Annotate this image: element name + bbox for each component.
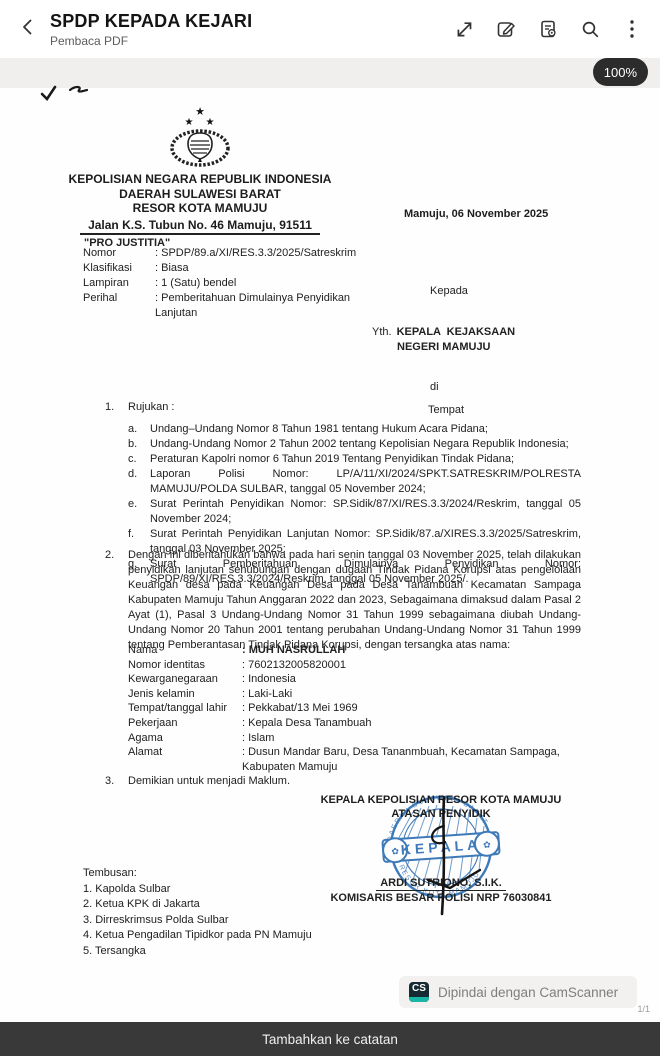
overflow-menu-button[interactable] — [614, 11, 650, 47]
suspect-row: Agama: Islam — [128, 731, 580, 746]
add-to-notes-label: Tambahkan ke catatan — [262, 1032, 398, 1047]
suspect-label: Nama — [128, 643, 242, 658]
more-vertical-icon — [629, 19, 635, 39]
signatory-rank: KOMISARIS BESAR POLISI NRP 76030841 — [318, 892, 564, 904]
paragraph3-section: 3. Demikian untuk menjadi Maklum. — [105, 774, 581, 789]
addressee-name1: KEPALA KEJAKSAAN — [397, 325, 516, 340]
rujukan-item: d.Laporan Polisi Nomor: LP/A/11/XI/2024/… — [128, 467, 581, 497]
app-title: SPDP KEPADA KEJARI — [50, 11, 252, 32]
item-text: Surat Perintah Penyidikan Nomor: SP.Sidi… — [150, 497, 581, 527]
add-to-notes-bar[interactable]: Tambahkan ke catatan — [0, 1022, 660, 1056]
suspect-value: : Pekkabat/13 Mei 1969 — [242, 701, 580, 716]
suspect-label: Nomor identitas — [128, 658, 242, 673]
signatory-title-line2: ATASAN PENYIDIK — [318, 808, 564, 822]
item-letter: a. — [128, 422, 150, 437]
letterhead-address: Jalan K.S. Tubun No. 46 Mamuju, 91511 — [80, 218, 320, 235]
paragraph3-text: Demikian untuk menjadi Maklum. — [128, 774, 290, 789]
item-text: Undang–Undang Nomor 8 Tahun 1981 tentang… — [150, 422, 581, 437]
meta-value: : 1 (Satu) bendel — [155, 276, 383, 291]
svg-text:✿: ✿ — [483, 840, 492, 851]
suspect-row: Kewarganegaraan: Indonesia — [128, 672, 580, 687]
page-indicator: 1/1 — [637, 1004, 650, 1014]
letterhead: ★ ★ ★ ▲ KEPOLISIAN NEGARA REPUBLIK INDON… — [40, 104, 360, 249]
suspect-value: : Dusun Mandar Baru, Desa Tananmbuah, Ke… — [242, 745, 580, 774]
suspect-row: Alamat: Dusun Mandar Baru, Desa Tananmbu… — [128, 745, 580, 774]
item-text: Laporan Polisi Nomor: LP/A/11/XI/2024/SP… — [150, 467, 581, 497]
meta-row-klasifikasi: Klasifikasi : Biasa — [83, 261, 383, 276]
meta-label: Perihal — [83, 291, 155, 321]
meta-row-nomor: Nomor : SPDP/89.a/XI/RES.3.3/2025/Satres… — [83, 246, 383, 261]
app-subtitle: Pembaca PDF — [50, 34, 252, 48]
rujukan-title: Rujukan : — [128, 400, 174, 415]
meta-label: Nomor — [83, 246, 155, 261]
app-bar: SPDP KEPADA KEJARI Pembaca PDF — [0, 0, 660, 58]
signatory-name: ARDI SUTRIONO, S.I.K. — [376, 877, 506, 891]
suspect-value: : Laki-Laki — [242, 687, 580, 702]
meta-value: : Biasa — [155, 261, 383, 276]
letterhead-line3: RESOR KOTA MAMUJU — [40, 201, 360, 216]
suspect-value: : MUH NASRULLAH — [242, 643, 580, 658]
rujukan-item: e.Surat Perintah Penyidikan Nomor: SP.Si… — [128, 497, 581, 527]
suspect-value: : Indonesia — [242, 672, 580, 687]
item-letter: e. — [128, 497, 150, 527]
paragraph3-number: 3. — [105, 774, 128, 789]
addressee-line1: Yth. KEPALA KEJAKSAAN — [372, 325, 602, 340]
kepada-label: Kepada — [430, 284, 602, 299]
meta-label: Lampiran — [83, 276, 155, 291]
document-page[interactable]: ★ ★ ★ ▲ KEPOLISIAN NEGARA REPUBLIK INDON… — [0, 88, 660, 1022]
zoom-level-badge[interactable]: 100% — [593, 58, 648, 86]
rujukan-item: c.Peraturan Kapolri nomor 6 Tahun 2019 T… — [128, 452, 581, 467]
suspect-label: Agama — [128, 731, 242, 746]
suspect-label: Kewarganegaraan — [128, 672, 242, 687]
tembusan-item: 1. Kapolda Sulbar — [83, 882, 312, 898]
meta-row-perihal: Perihal : Pemberitahuan Dimulainya Penyi… — [83, 291, 351, 321]
paragraph2-text: Dengan ini diberitahukan bahwa pada hari… — [128, 548, 581, 653]
item-text: Peraturan Kapolri nomor 6 Tahun 2019 Ten… — [150, 452, 581, 467]
suspect-label: Tempat/tanggal lahir — [128, 701, 242, 716]
item-text: Undang-Undang Nomor 2 Tahun 2002 tentang… — [150, 437, 581, 452]
search-magnifier-icon — [581, 20, 600, 39]
item-letter: c. — [128, 452, 150, 467]
rujukan-heading: 1. Rujukan : — [105, 400, 581, 415]
suspect-row: Tempat/tanggal lahir: Pekkabat/13 Mei 19… — [128, 701, 580, 716]
rujukan-number: 1. — [105, 400, 128, 415]
letterhead-line2: DAERAH SULAWESI BARAT — [40, 187, 360, 202]
meta-value: : Pemberitahuan Dimulainya Penyidikan La… — [155, 291, 351, 321]
app-titles: SPDP KEPADA KEJARI Pembaca PDF — [50, 11, 252, 48]
suspect-label: Pekerjaan — [128, 716, 242, 731]
expand-diagonal-icon — [455, 20, 474, 39]
letterhead-line1: KEPOLISIAN NEGARA REPUBLIK INDONESIA — [40, 172, 360, 187]
police-emblem: ★ ★ ★ ▲ — [158, 104, 242, 170]
item-letter: d. — [128, 467, 150, 497]
suspect-identity-table: Nama: MUH NASRULLAH Nomor identitas: 760… — [128, 643, 580, 774]
suspect-value: : Kepala Desa Tanambuah — [242, 716, 580, 731]
rujukan-item: a.Undang–Undang Nomor 8 Tahun 1981 tenta… — [128, 422, 581, 437]
camscanner-badge[interactable]: CS Dipindai dengan CamScanner — [399, 976, 637, 1008]
edit-pencil-icon — [496, 19, 516, 39]
rujukan-item: b.Undang-Undang Nomor 2 Tahun 2002 tenta… — [128, 437, 581, 452]
tembusan-title: Tembusan: — [83, 866, 312, 882]
suspect-row: Jenis kelamin: Laki-Laki — [128, 687, 580, 702]
item-letter: b. — [128, 437, 150, 452]
expand-button[interactable] — [446, 11, 482, 47]
suspect-label: Alamat — [128, 745, 242, 774]
suspect-value: : 7602132005820001 — [242, 658, 580, 673]
letter-date: Mamuju, 06 November 2025 — [404, 208, 548, 220]
di-label: di — [430, 380, 602, 395]
paragraph2-section: 2. Dengan ini diberitahukan bahwa pada h… — [105, 548, 581, 653]
suspect-row: Nomor identitas: 7602132005820001 — [128, 658, 580, 673]
tembusan-item: 2. Ketua KPK di Jakarta — [83, 897, 312, 913]
svg-text:▲: ▲ — [197, 157, 204, 164]
app-bar-actions — [446, 11, 660, 47]
suspect-row: Nama: MUH NASRULLAH — [128, 643, 580, 658]
letter-meta: Nomor : SPDP/89.a/XI/RES.3.3/2025/Satres… — [83, 246, 383, 321]
svg-text:★: ★ — [195, 106, 205, 118]
meta-value: : SPDP/89.a/XI/RES.3.3/2025/Satreskrim — [155, 246, 383, 261]
suspect-value: : Islam — [242, 731, 580, 746]
svg-text:✿: ✿ — [391, 846, 400, 857]
suspect-row: Pekerjaan: Kepala Desa Tanambuah — [128, 716, 580, 731]
meta-label: Klasifikasi — [83, 261, 155, 276]
signature-block: DAERAH SULAWESI BARAT RESOR KOTA MAMUJU … — [318, 794, 564, 904]
search-button[interactable] — [572, 11, 608, 47]
suspect-label: Jenis kelamin — [128, 687, 242, 702]
tembusan-item: 5. Tersangka — [83, 944, 312, 960]
meta-row-lampiran: Lampiran : 1 (Satu) bendel — [83, 276, 383, 291]
camscanner-logo-icon: CS — [409, 982, 429, 1002]
svg-text:★: ★ — [206, 117, 215, 128]
back-button[interactable] — [8, 9, 48, 49]
edit-button[interactable] — [488, 11, 524, 47]
paragraph2-number: 2. — [105, 548, 128, 653]
signatory-title-line1: KEPALA KEPOLISIAN RESOR KOTA MAMUJU — [318, 794, 564, 808]
addressee-line2: NEGERI MAMUJU — [397, 340, 602, 355]
yth-label: Yth. — [372, 325, 392, 340]
document-convert-icon — [538, 19, 558, 39]
recipient-block: Kepada Yth. KEPALA KEJAKSAAN NEGERI MAMU… — [372, 284, 602, 418]
tembusan-item: 4. Ketua Pengadilan Tipidkor pada PN Mam… — [83, 928, 312, 944]
tembusan-item: 3. Dirreskrimsus Polda Sulbar — [83, 913, 312, 929]
back-chevron-icon — [19, 18, 37, 41]
pdf-reader-screen: SPDP KEPADA KEJARI Pembaca PDF — [0, 0, 660, 1056]
svg-text:★: ★ — [185, 117, 194, 128]
camscanner-label: Dipindai dengan CamScanner — [438, 985, 618, 1000]
convert-document-button[interactable] — [530, 11, 566, 47]
tembusan-section: Tembusan: 1. Kapolda Sulbar 2. Ketua KPK… — [83, 866, 312, 959]
